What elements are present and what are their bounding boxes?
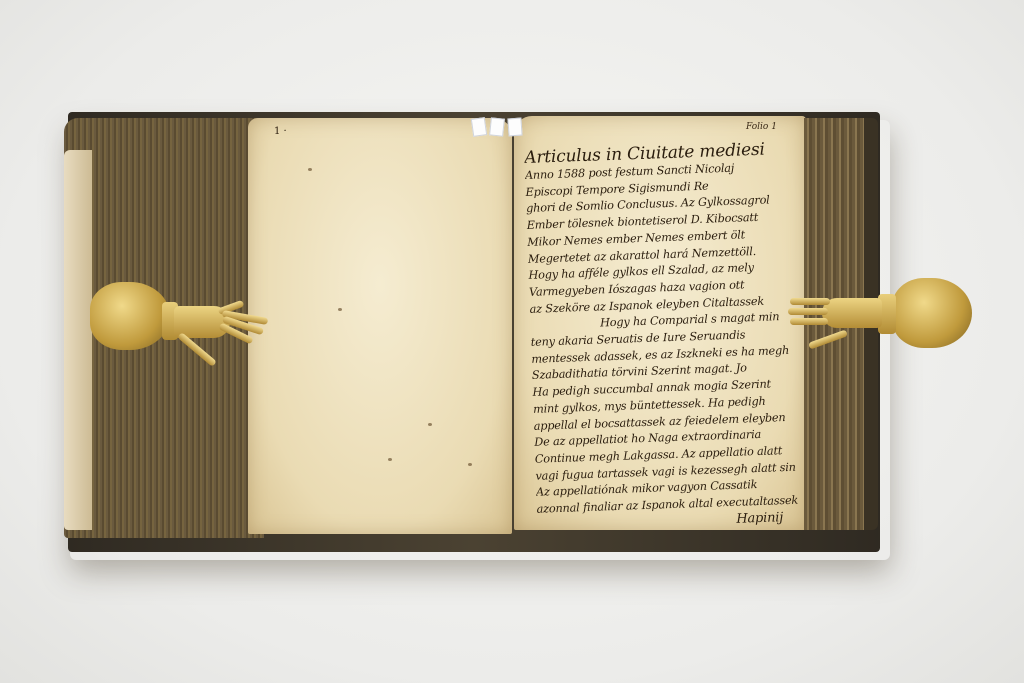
left-page	[248, 118, 512, 534]
brass-hand-clip-left	[88, 280, 278, 380]
manuscript-text: Articulus in Ciuitate mediesi Anno 1588 …	[524, 138, 813, 535]
folio-number: Folio 1	[746, 122, 777, 132]
left-page-corner-mark: 1 ·	[274, 126, 287, 137]
page-tabs	[468, 118, 528, 136]
brass-hand-clip-right	[788, 278, 973, 358]
